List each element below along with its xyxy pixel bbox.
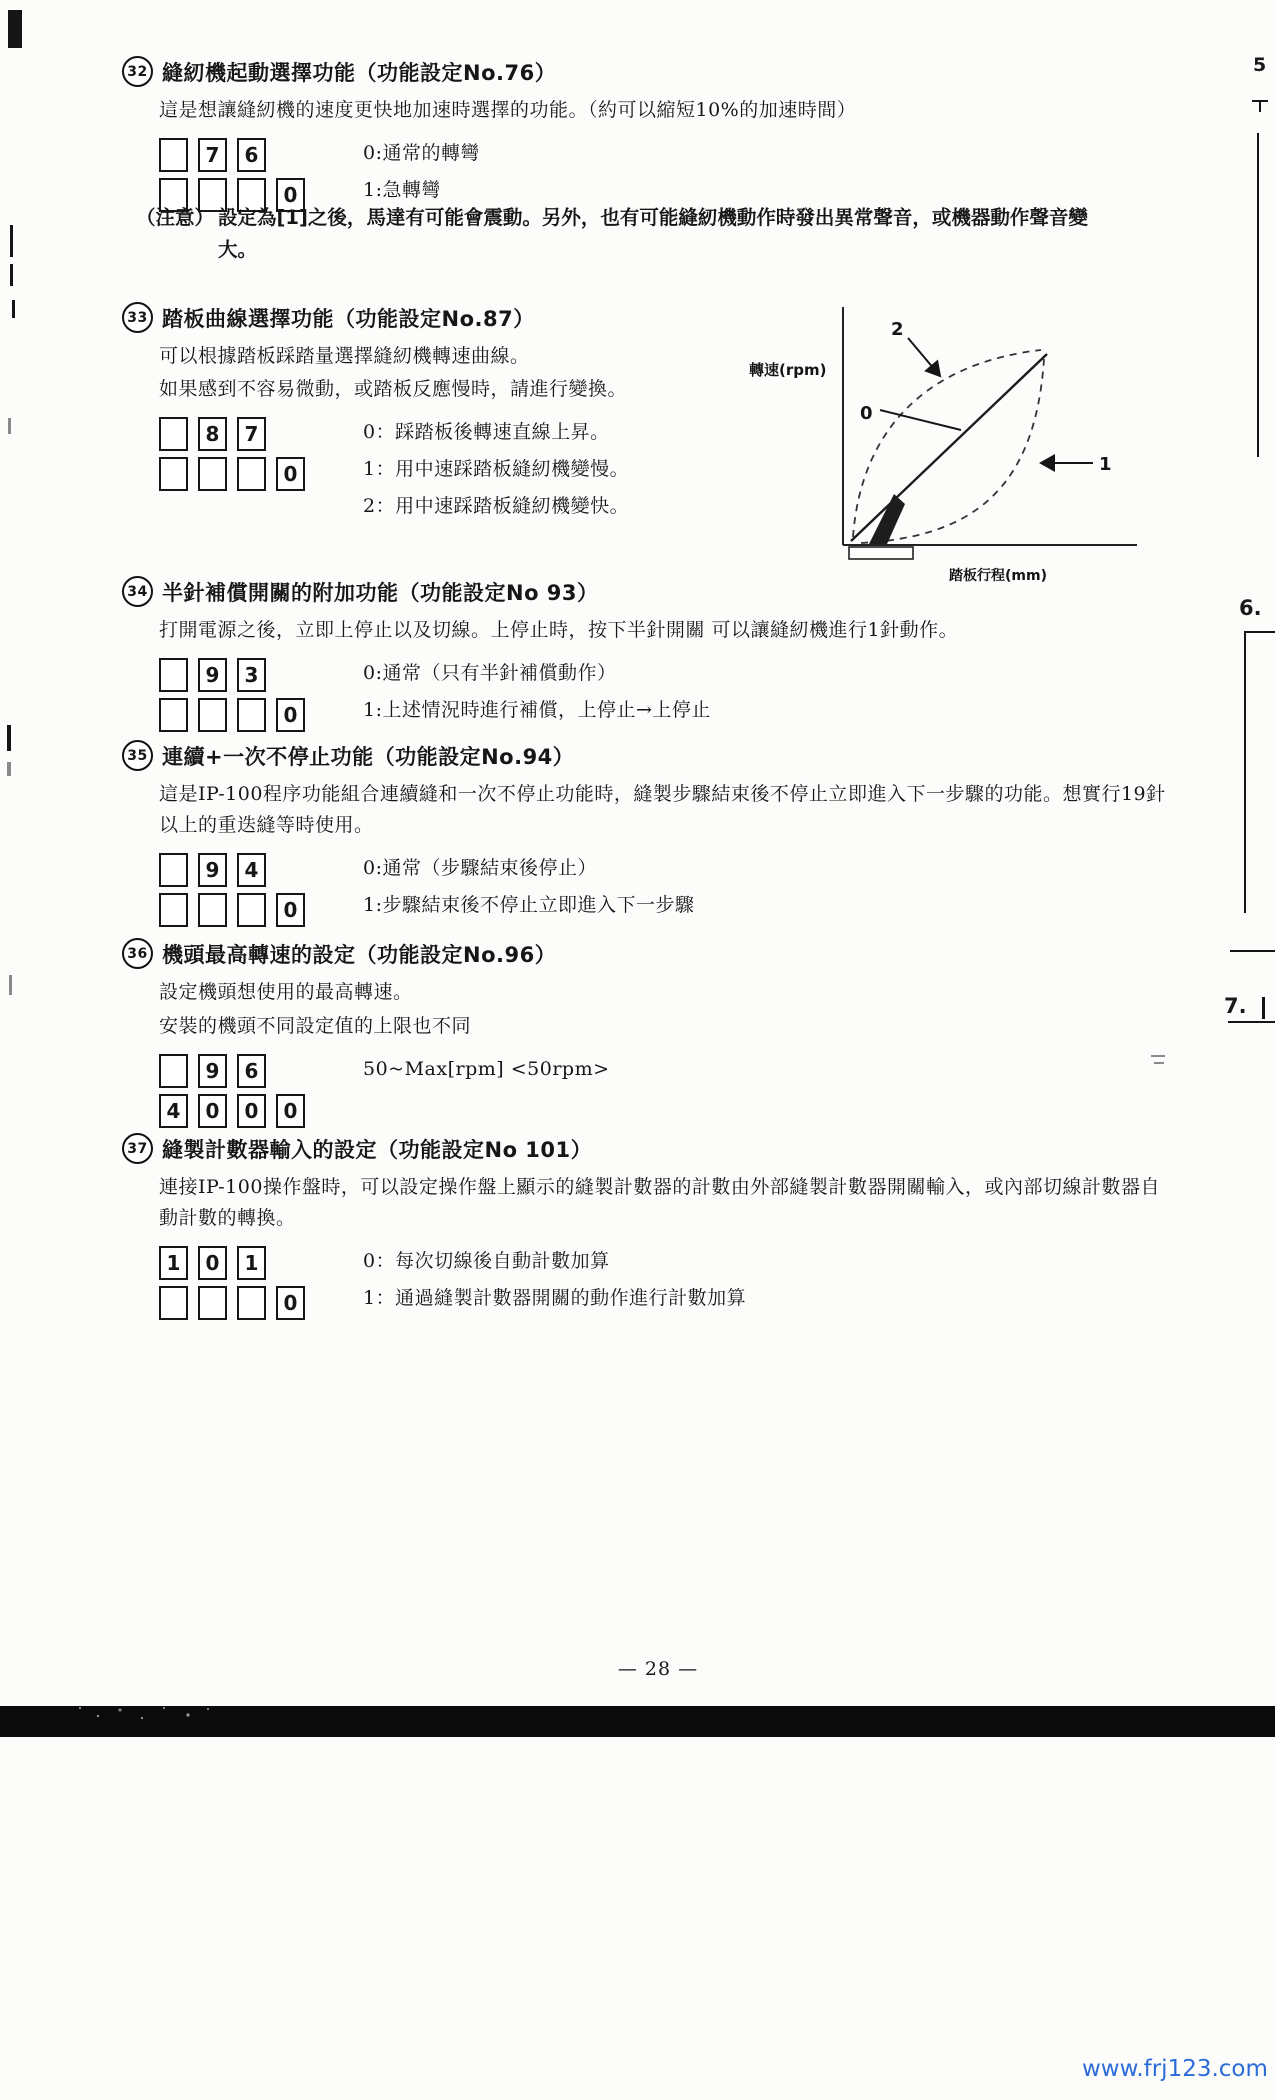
digit-box: 0 — [276, 1286, 305, 1320]
value-row: 0 — [159, 893, 363, 927]
leader-0 — [880, 410, 961, 430]
code-row: 9 3 — [159, 658, 363, 692]
value-row: 4 0 0 0 — [159, 1094, 363, 1128]
value-row: 0 — [159, 457, 363, 491]
margin-rule — [1257, 133, 1259, 457]
margin-fragment-5: 5 — [1253, 54, 1266, 76]
digit-box — [159, 138, 188, 172]
margin-rule — [1244, 631, 1275, 633]
section-32: 32 縫紉機起動選擇功能（功能設定No.76） 這是想讓縫紉機的速度更快地加速時… — [122, 56, 1187, 218]
leader-2 — [908, 338, 940, 376]
scan-artifact — [7, 725, 11, 751]
scanned-manual-page: 32 縫紉機起動選擇功能（功能設定No.76） 這是想讓縫紉機的速度更快地加速時… — [0, 0, 1275, 2100]
pedal-base — [849, 547, 913, 559]
option-label: 0：踩踏板後轉速直線上昇。 — [363, 414, 772, 451]
pedal-curve-diagram: 2 0 1 轉速(rpm) 踏板行程(mm) — [735, 297, 1155, 592]
section-title: 機頭最高轉速的設定（功能設定No.96） — [162, 939, 556, 969]
section-title: 半針補償開關的附加功能（功能設定No 93） — [162, 577, 599, 607]
code-row: 9 4 — [159, 853, 363, 887]
section-35: 35 連續+一次不停止功能（功能設定No.94） 這是IP-100程序功能組合連… — [122, 740, 1187, 933]
section-paragraph: 設定機頭想使用的最高轉速。 — [159, 977, 1167, 1008]
option-label: 0:通常的轉彎 — [363, 135, 1187, 172]
y-axis-label: 轉速(rpm) — [749, 361, 826, 379]
digit-box — [159, 417, 188, 451]
option-label: 0:通常（步驟結束後停止） — [363, 850, 1187, 887]
section-title: 縫紉機起動選擇功能（功能設定No.76） — [162, 57, 556, 87]
scan-artifact — [7, 762, 11, 776]
digit-box — [237, 457, 266, 491]
value-row: 0 — [159, 1286, 363, 1320]
section-number-badge: 32 — [122, 56, 153, 87]
scan-artifact — [1151, 1055, 1165, 1057]
value-row: 0 — [159, 698, 363, 732]
digit-box: 6 — [237, 1054, 266, 1088]
section-title: 踏板曲線選擇功能（功能設定No.87） — [162, 303, 535, 333]
digit-box: 1 — [159, 1246, 188, 1280]
option-label: 1:步驟結束後不停止立即進入下一步驟 — [363, 887, 1187, 924]
option-label: 0:通常（只有半針補償動作） — [363, 655, 1187, 692]
section-number-badge: 35 — [122, 740, 153, 771]
section-number-badge: 33 — [122, 302, 153, 333]
scan-artifact — [12, 300, 15, 318]
setting-code-boxes: 9 6 4 0 0 0 — [159, 1051, 363, 1134]
watermark-url: www.frj123.com — [1082, 2056, 1268, 2082]
page-number: — 28 — — [578, 1658, 738, 1680]
digit-box: 0 — [198, 1246, 227, 1280]
margin-rule — [1230, 950, 1275, 952]
section-33: 33 踏板曲線選擇功能（功能設定No.87） 可以根據踏板踩踏量選擇縫紉機轉速曲… — [122, 302, 772, 525]
scan-artifact — [8, 10, 22, 48]
setting-code-boxes: 9 4 0 — [159, 850, 363, 933]
digit-box: 1 — [237, 1246, 266, 1280]
digit-box: 4 — [237, 853, 266, 887]
digit-box: 0 — [198, 1094, 227, 1128]
section-34: 34 半針補償開關的附加功能（功能設定No 93） 打開電源之後，立即上停止以及… — [122, 576, 1187, 738]
digit-box: 9 — [198, 658, 227, 692]
code-row: 7 6 — [159, 138, 363, 172]
digit-box — [159, 1286, 188, 1320]
option-label: 0：每次切線後自動計數加算 — [363, 1243, 1187, 1280]
digit-box — [237, 1286, 266, 1320]
section-paragraph: 安裝的機頭不同設定值的上限也不同 — [159, 1011, 1167, 1042]
section-paragraph: 打開電源之後，立即上停止以及切線。上停止時，按下半針開關 可以讓縫紉機進行1針動… — [159, 615, 1167, 646]
curve-label-normal: 0 — [860, 403, 873, 424]
scan-artifact — [10, 264, 13, 286]
digit-box: 4 — [159, 1094, 188, 1128]
section-number-badge: 34 — [122, 576, 153, 607]
digit-box: 0 — [276, 698, 305, 732]
digit-box: 6 — [237, 138, 266, 172]
curve-label-slow: 1 — [1099, 454, 1112, 475]
section-number-badge: 37 — [122, 1133, 153, 1164]
digit-box: 7 — [237, 417, 266, 451]
digit-box — [159, 457, 188, 491]
margin-fragment-6: 6. — [1239, 596, 1262, 620]
scan-artifact — [1262, 997, 1265, 1019]
section-36: 36 機頭最高轉速的設定（功能設定No.96） 設定機頭想使用的最高轉速。 安裝… — [122, 938, 1187, 1134]
digit-box — [159, 698, 188, 732]
option-label: 2：用中速踩踏板縫紉機變快。 — [363, 488, 772, 525]
digit-box — [237, 698, 266, 732]
digit-box: 3 — [237, 658, 266, 692]
digit-box — [159, 853, 188, 887]
digit-box — [159, 1054, 188, 1088]
digit-box: 0 — [237, 1094, 266, 1128]
scan-artifact — [8, 418, 11, 434]
option-label: 50~Max[rpm] <50rpm> — [363, 1051, 1187, 1088]
setting-code-boxes: 9 3 0 — [159, 655, 363, 738]
section-paragraph: 這是想讓縫紉機的速度更快地加速時選擇的功能。（約可以縮短10%的加速時間） — [159, 95, 1167, 126]
margin-rule — [1244, 631, 1246, 913]
caution-text: 設定為[1]之後，馬達有可能會震動。另外，也有可能縫紉機動作時發出異常聲音，或機… — [218, 202, 1113, 266]
digit-box — [159, 658, 188, 692]
option-label: 1：用中速踩踏板縫紉機變慢。 — [363, 451, 772, 488]
section-paragraph: 如果感到不容易微動，或踏板反應慢時，請進行變換。 — [159, 374, 772, 405]
section-number-badge: 36 — [122, 938, 153, 969]
scan-artifact — [1154, 1062, 1164, 1064]
digit-box — [198, 893, 227, 927]
caution-label: （注意） — [136, 202, 214, 266]
code-row: 9 6 — [159, 1054, 363, 1088]
digit-box — [237, 893, 266, 927]
scan-artifact — [9, 975, 12, 995]
code-row: 1 0 1 — [159, 1246, 363, 1280]
option-label: 1:上述情況時進行補償，上停止→上停止 — [363, 692, 1187, 729]
curve-label-fast: 2 — [891, 319, 904, 340]
scan-artifact — [1259, 102, 1261, 112]
digit-box — [198, 457, 227, 491]
digit-box: 7 — [198, 138, 227, 172]
digit-box: 0 — [276, 457, 305, 491]
digit-box: 0 — [276, 893, 305, 927]
digit-box: 9 — [198, 1054, 227, 1088]
curve-fast — [853, 350, 1041, 537]
caution-note: （注意） 設定為[1]之後，馬達有可能會震動。另外，也有可能縫紉機動作時發出異常… — [136, 202, 1113, 266]
scan-artifact — [10, 225, 13, 257]
setting-code-boxes: 1 0 1 0 — [159, 1243, 363, 1326]
option-label: 1：通過縫製計數器開關的動作進行計數加算 — [363, 1280, 1187, 1317]
digit-box: 0 — [276, 1094, 305, 1128]
section-paragraph: 連接IP-100操作盤時，可以設定操作盤上顯示的縫製計數器的計數由外部縫製計數器… — [159, 1172, 1167, 1234]
section-title: 縫製計數器輸入的設定（功能設定No 101） — [162, 1134, 592, 1164]
margin-rule — [1228, 1021, 1275, 1023]
curve-normal — [851, 354, 1047, 541]
scan-artifact — [72, 1702, 222, 1726]
margin-fragment-7: 7. — [1224, 994, 1247, 1018]
digit-box: 9 — [198, 853, 227, 887]
digit-box — [159, 893, 188, 927]
section-paragraph: 這是IP-100程序功能組合連續縫和一次不停止功能時，縫製步驟結束後不停止立即進… — [159, 779, 1167, 841]
setting-code-boxes: 8 7 0 — [159, 414, 363, 525]
section-title: 連續+一次不停止功能（功能設定No.94） — [162, 741, 574, 771]
digit-box — [198, 698, 227, 732]
digit-box — [198, 1286, 227, 1320]
digit-box: 8 — [198, 417, 227, 451]
section-paragraph: 可以根據踏板踩踏量選擇縫紉機轉速曲線。 — [159, 341, 772, 372]
section-37: 37 縫製計數器輸入的設定（功能設定No 101） 連接IP-100操作盤時，可… — [122, 1133, 1187, 1326]
code-row: 8 7 — [159, 417, 363, 451]
